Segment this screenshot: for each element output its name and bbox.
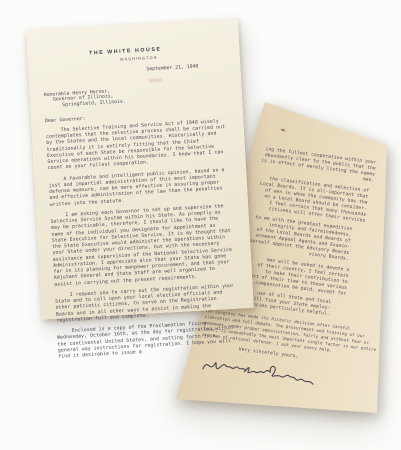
white-house-letterhead: THE WHITE HOUSE WASHINGTON	[27, 43, 223, 66]
body-paragraph: I am asking each Governor to set up and …	[50, 204, 236, 289]
letter-page-one: THE WHITE HOUSE WASHINGTON September 21,…	[26, 18, 254, 319]
letter-page-one-text: THE WHITE HOUSE WASHINGTON September 21,…	[26, 18, 254, 319]
photo-of-letters: ing the fullest cooperation within youra…	[0, 0, 401, 450]
date-line: September 21, 1940	[42, 62, 224, 77]
staple-mark	[281, 129, 285, 132]
body-paragraph: A favorable and intelligent public opini…	[48, 167, 231, 208]
body-paragraph: The Selective Training and Service Act o…	[46, 119, 230, 173]
recipient-address: Honorable Henry Horner, Governor of Illi…	[44, 82, 227, 110]
